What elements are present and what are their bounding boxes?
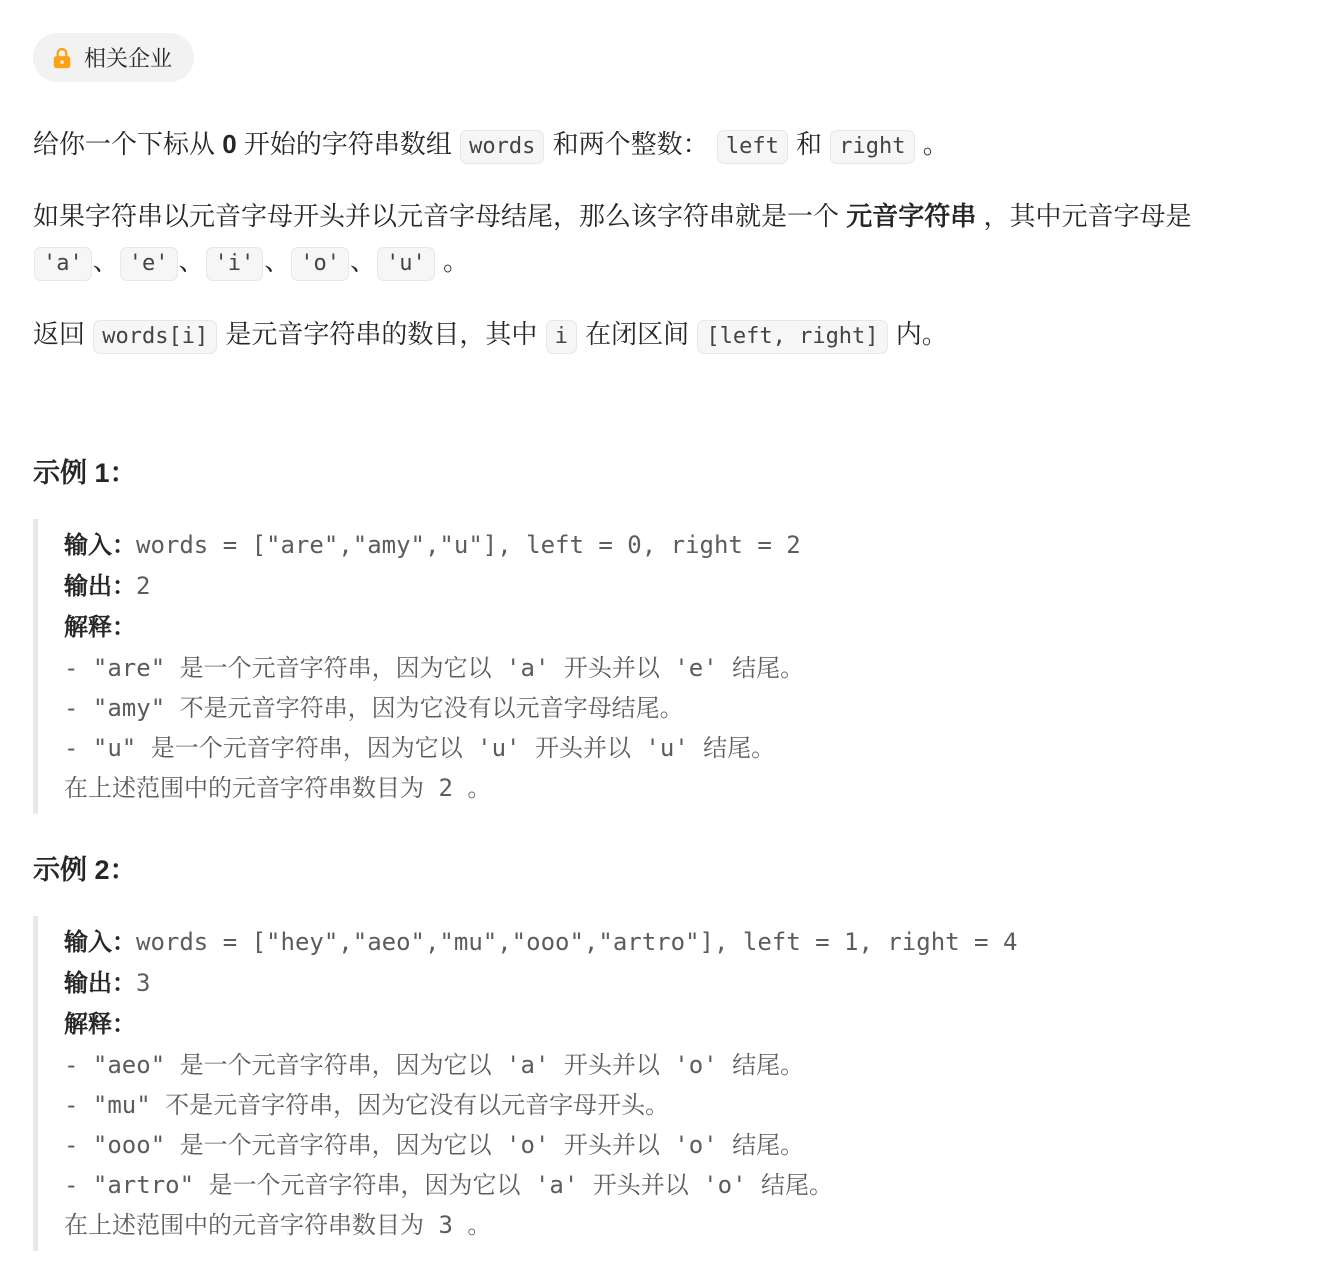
inline-code: 'e' bbox=[120, 247, 178, 281]
problem-statement-paragraph-3: 返回 words[i] 是元音字符串的数目，其中 i 在闭区间 [left, r… bbox=[33, 312, 1300, 357]
bold-text: 元音字符串 bbox=[846, 201, 976, 231]
inline-code: words[i] bbox=[93, 320, 217, 354]
problem-description-page: 相关企业 给你一个下标从 0 开始的字符串数组 words 和两个整数： lef… bbox=[0, 0, 1334, 1286]
inline-code: 'o' bbox=[291, 247, 349, 281]
inline-code: i bbox=[546, 320, 577, 354]
text-segment: - "are" 是一个元音字符串，因为它以 'a' 开头并以 'e' 结尾。 bbox=[64, 654, 804, 682]
inline-code: 'i' bbox=[206, 247, 264, 281]
example-line: - "u" 是一个元音字符串，因为它以 'u' 开头并以 'u' 结尾。 bbox=[64, 728, 1300, 768]
problem-statement-paragraph-1: 给你一个下标从 0 开始的字符串数组 words 和两个整数： left 和 r… bbox=[33, 122, 1300, 167]
inline-code: left bbox=[717, 130, 788, 164]
example-line: - "aeo" 是一个元音字符串，因为它以 'a' 开头并以 'o' 结尾。 bbox=[64, 1045, 1300, 1085]
text-segment: 是元音字符串的数目，其中 bbox=[218, 319, 544, 349]
example-line: 输出：3 bbox=[64, 963, 1300, 1004]
text-segment: words = ["hey","aeo","mu","ooo","artro"]… bbox=[136, 928, 1017, 956]
text-segment: 、 bbox=[350, 246, 376, 276]
example-line: 解释： bbox=[64, 607, 1300, 648]
related-companies-badge[interactable]: 相关企业 bbox=[33, 33, 194, 82]
inline-code: 'a' bbox=[34, 247, 92, 281]
text-segment: 。 bbox=[916, 129, 949, 159]
text-segment: 、 bbox=[93, 246, 119, 276]
text-segment: ，其中元音字母是 bbox=[976, 201, 1191, 231]
example-line: 解释： bbox=[64, 1004, 1300, 1045]
text-segment: 和两个整数： bbox=[545, 129, 715, 159]
lock-icon bbox=[51, 47, 73, 69]
example-line: - "are" 是一个元音字符串，因为它以 'a' 开头并以 'e' 结尾。 bbox=[64, 648, 1300, 688]
text-segment: - "mu" 不是元音字符串，因为它没有以元音字母开头。 bbox=[64, 1091, 669, 1119]
example-line: - "mu" 不是元音字符串，因为它没有以元音字母开头。 bbox=[64, 1085, 1300, 1125]
inline-code: [left, right] bbox=[697, 320, 887, 354]
example-line: - "ooo" 是一个元音字符串，因为它以 'o' 开头并以 'o' 结尾。 bbox=[64, 1125, 1300, 1165]
text-segment: - "amy" 不是元音字符串，因为它没有以元音字母结尾。 bbox=[64, 694, 684, 722]
text-segment: 、 bbox=[179, 246, 205, 276]
text-segment: - "u" 是一个元音字符串，因为它以 'u' 开头并以 'u' 结尾。 bbox=[64, 734, 775, 762]
example-line: 输入：words = ["hey","aeo","mu","ooo","artr… bbox=[64, 922, 1300, 963]
text-segment: 。 bbox=[436, 246, 469, 276]
text-segment: 返回 bbox=[33, 319, 92, 349]
text-segment: 在上述范围中的元音字符串数目为 2 。 bbox=[64, 774, 491, 802]
related-companies-label: 相关企业 bbox=[84, 42, 172, 73]
example-line: 输出：2 bbox=[64, 566, 1300, 607]
text-segment: 如果字符串以元音字母开头并以元音字母结尾，那么该字符串就是一个 bbox=[33, 201, 846, 231]
example-1-heading: 示例 1： bbox=[33, 457, 1300, 490]
text-segment: words = ["are","amy","u"], left = 0, rig… bbox=[136, 531, 801, 559]
text-segment: 3 bbox=[136, 969, 150, 997]
text-segment: 2 bbox=[136, 572, 150, 600]
inline-code: words bbox=[460, 130, 544, 164]
example-1-block: 输入：words = ["are","amy","u"], left = 0, … bbox=[33, 519, 1300, 814]
text-segment: 、 bbox=[264, 246, 290, 276]
example-line: - "artro" 是一个元音字符串，因为它以 'a' 开头并以 'o' 结尾。 bbox=[64, 1165, 1300, 1205]
text-segment: 开始的字符串数组 bbox=[237, 129, 459, 159]
text-segment: - "aeo" 是一个元音字符串，因为它以 'a' 开头并以 'o' 结尾。 bbox=[64, 1051, 804, 1079]
example-field-label: 输入： bbox=[64, 929, 136, 956]
text-segment: - "ooo" 是一个元音字符串，因为它以 'o' 开头并以 'o' 结尾。 bbox=[64, 1131, 804, 1159]
text-segment: - "artro" 是一个元音字符串，因为它以 'a' 开头并以 'o' 结尾。 bbox=[64, 1171, 833, 1199]
example-field-label: 输出： bbox=[64, 573, 136, 600]
example-line: 输入：words = ["are","amy","u"], left = 0, … bbox=[64, 525, 1300, 566]
text-segment: 内。 bbox=[889, 319, 948, 349]
example-field-label: 解释： bbox=[64, 614, 136, 641]
text-segment: 和 bbox=[789, 129, 829, 159]
text-segment: 在上述范围中的元音字符串数目为 3 。 bbox=[64, 1211, 491, 1239]
example-2-block: 输入：words = ["hey","aeo","mu","ooo","artr… bbox=[33, 916, 1300, 1251]
example-field-label: 输入： bbox=[64, 532, 136, 559]
example-2-heading: 示例 2： bbox=[33, 854, 1300, 887]
text-segment: 在闭区间 bbox=[578, 319, 696, 349]
example-line: 在上述范围中的元音字符串数目为 3 。 bbox=[64, 1205, 1300, 1245]
example-field-label: 解释： bbox=[64, 1011, 136, 1038]
bold-text: 0 bbox=[222, 129, 236, 159]
text-segment: 给你一个下标从 bbox=[33, 129, 222, 159]
inline-code: right bbox=[830, 130, 914, 164]
inline-code: 'u' bbox=[377, 247, 435, 281]
example-line: - "amy" 不是元音字符串，因为它没有以元音字母结尾。 bbox=[64, 688, 1300, 728]
example-field-label: 输出： bbox=[64, 970, 136, 997]
problem-statement-paragraph-2: 如果字符串以元音字母开头并以元音字母结尾，那么该字符串就是一个 元音字符串 ，其… bbox=[33, 194, 1300, 284]
example-line: 在上述范围中的元音字符串数目为 2 。 bbox=[64, 768, 1300, 808]
